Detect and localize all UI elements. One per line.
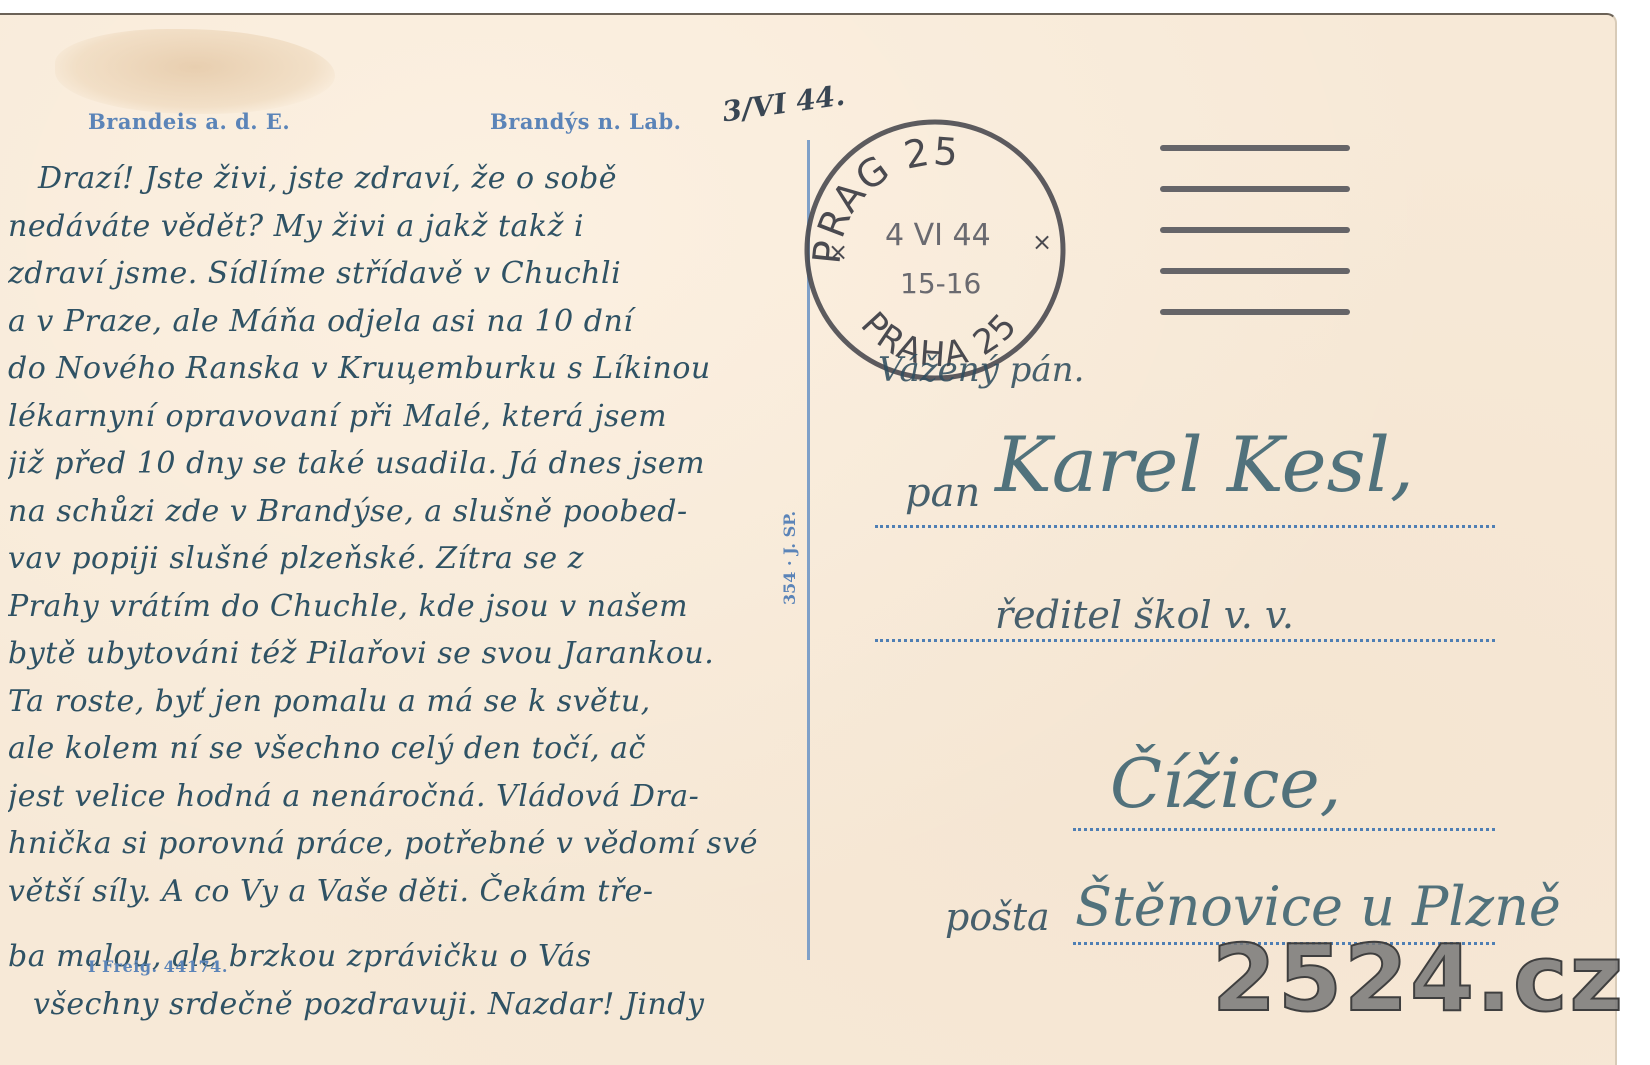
message-line: jest velice hodná a nenáročná. Vládová D… [8,773,838,821]
paper-stain [55,29,335,114]
message-line: nedáváte vědět? My živi a jakž takž i [8,203,838,251]
cancel-bar [1160,268,1350,274]
message-line: všechny srdečně pozdravuji. Nazdar! Jind… [8,981,838,1029]
address-town: Čížice, [1110,745,1341,824]
cancel-bar [1160,227,1350,233]
message-line: Prahy vrátím do Chuchle, kde jsou v naše… [8,583,838,631]
address-name: Karel Kesl, [995,420,1414,509]
cancel-bar [1160,145,1350,151]
printed-header-german: Brandeis a. d. E. [88,109,290,134]
message-line: větší síly. A co Vy a Vaše děti. Čekám t… [8,868,838,916]
address-name-prefix: pan [905,470,980,516]
message-line: ale kolem ní se všechno celý den točí, a… [8,725,838,773]
message-line: do Nového Ranska v Kruцemburku s Líkinou [8,345,838,393]
address-salutation: Vážený pán. [878,350,1084,390]
postmark-stamp: PRAG 25 PRAHA 25 4 VI 44 15-16 × × [800,115,1070,385]
printed-footer-code: I Freig. 44174. [88,957,228,976]
cancel-bar [1160,309,1350,315]
printer-code-vertical: 354 · J. SP. [780,511,799,605]
message-line: na schůzi zde v Brandýse, a slušně poobe… [8,488,838,536]
message-line: Drazí! Jste živi, jste zdraví, že o sobě [8,155,838,203]
postcard-back: Brandeis a. d. E. Brandýs n. Lab. 3/VI 4… [0,13,1617,1065]
message-line: Ta roste, byť jen pomalu a má se k světu… [8,678,838,726]
address-line-2 [875,639,1495,642]
svg-text:×: × [828,238,848,266]
message-line: bytě ubytováni též Pilařovi se svou Jara… [8,630,838,678]
message-line: zdraví jsme. Sídlíme střídavě v Chuchli [8,250,838,298]
watermark-logo: 2524.cz [1212,925,1625,1032]
postmark-date: 4 VI 44 [885,218,991,253]
handwritten-message: Drazí! Jste živi, jste zdraví, že o sobě… [8,155,838,1028]
postmark-time: 15-16 [900,267,981,300]
cancel-bar [1160,186,1350,192]
message-line: hnička si porovná práce, potřebné v vědo… [8,820,838,868]
svg-text:×: × [1032,228,1052,256]
message-line: vav popiji slušné plzeňské. Zítra se z [8,535,838,583]
printed-header-czech: Brandýs n. Lab. [490,109,681,134]
message-line: lékarnyní opravovaní při Malé, která jse… [8,393,838,441]
message-line: a v Praze, ale Máňa odjela asi na 10 dní [8,298,838,346]
message-line: již před 10 dny se také usadila. Já dnes… [8,440,838,488]
address-title: ředitel škol v. v. [995,593,1294,637]
cancellation-bars [1160,145,1350,350]
address-line-3 [1073,828,1495,831]
address-line-1 [875,525,1495,528]
address-post-prefix: pošta [945,895,1050,939]
